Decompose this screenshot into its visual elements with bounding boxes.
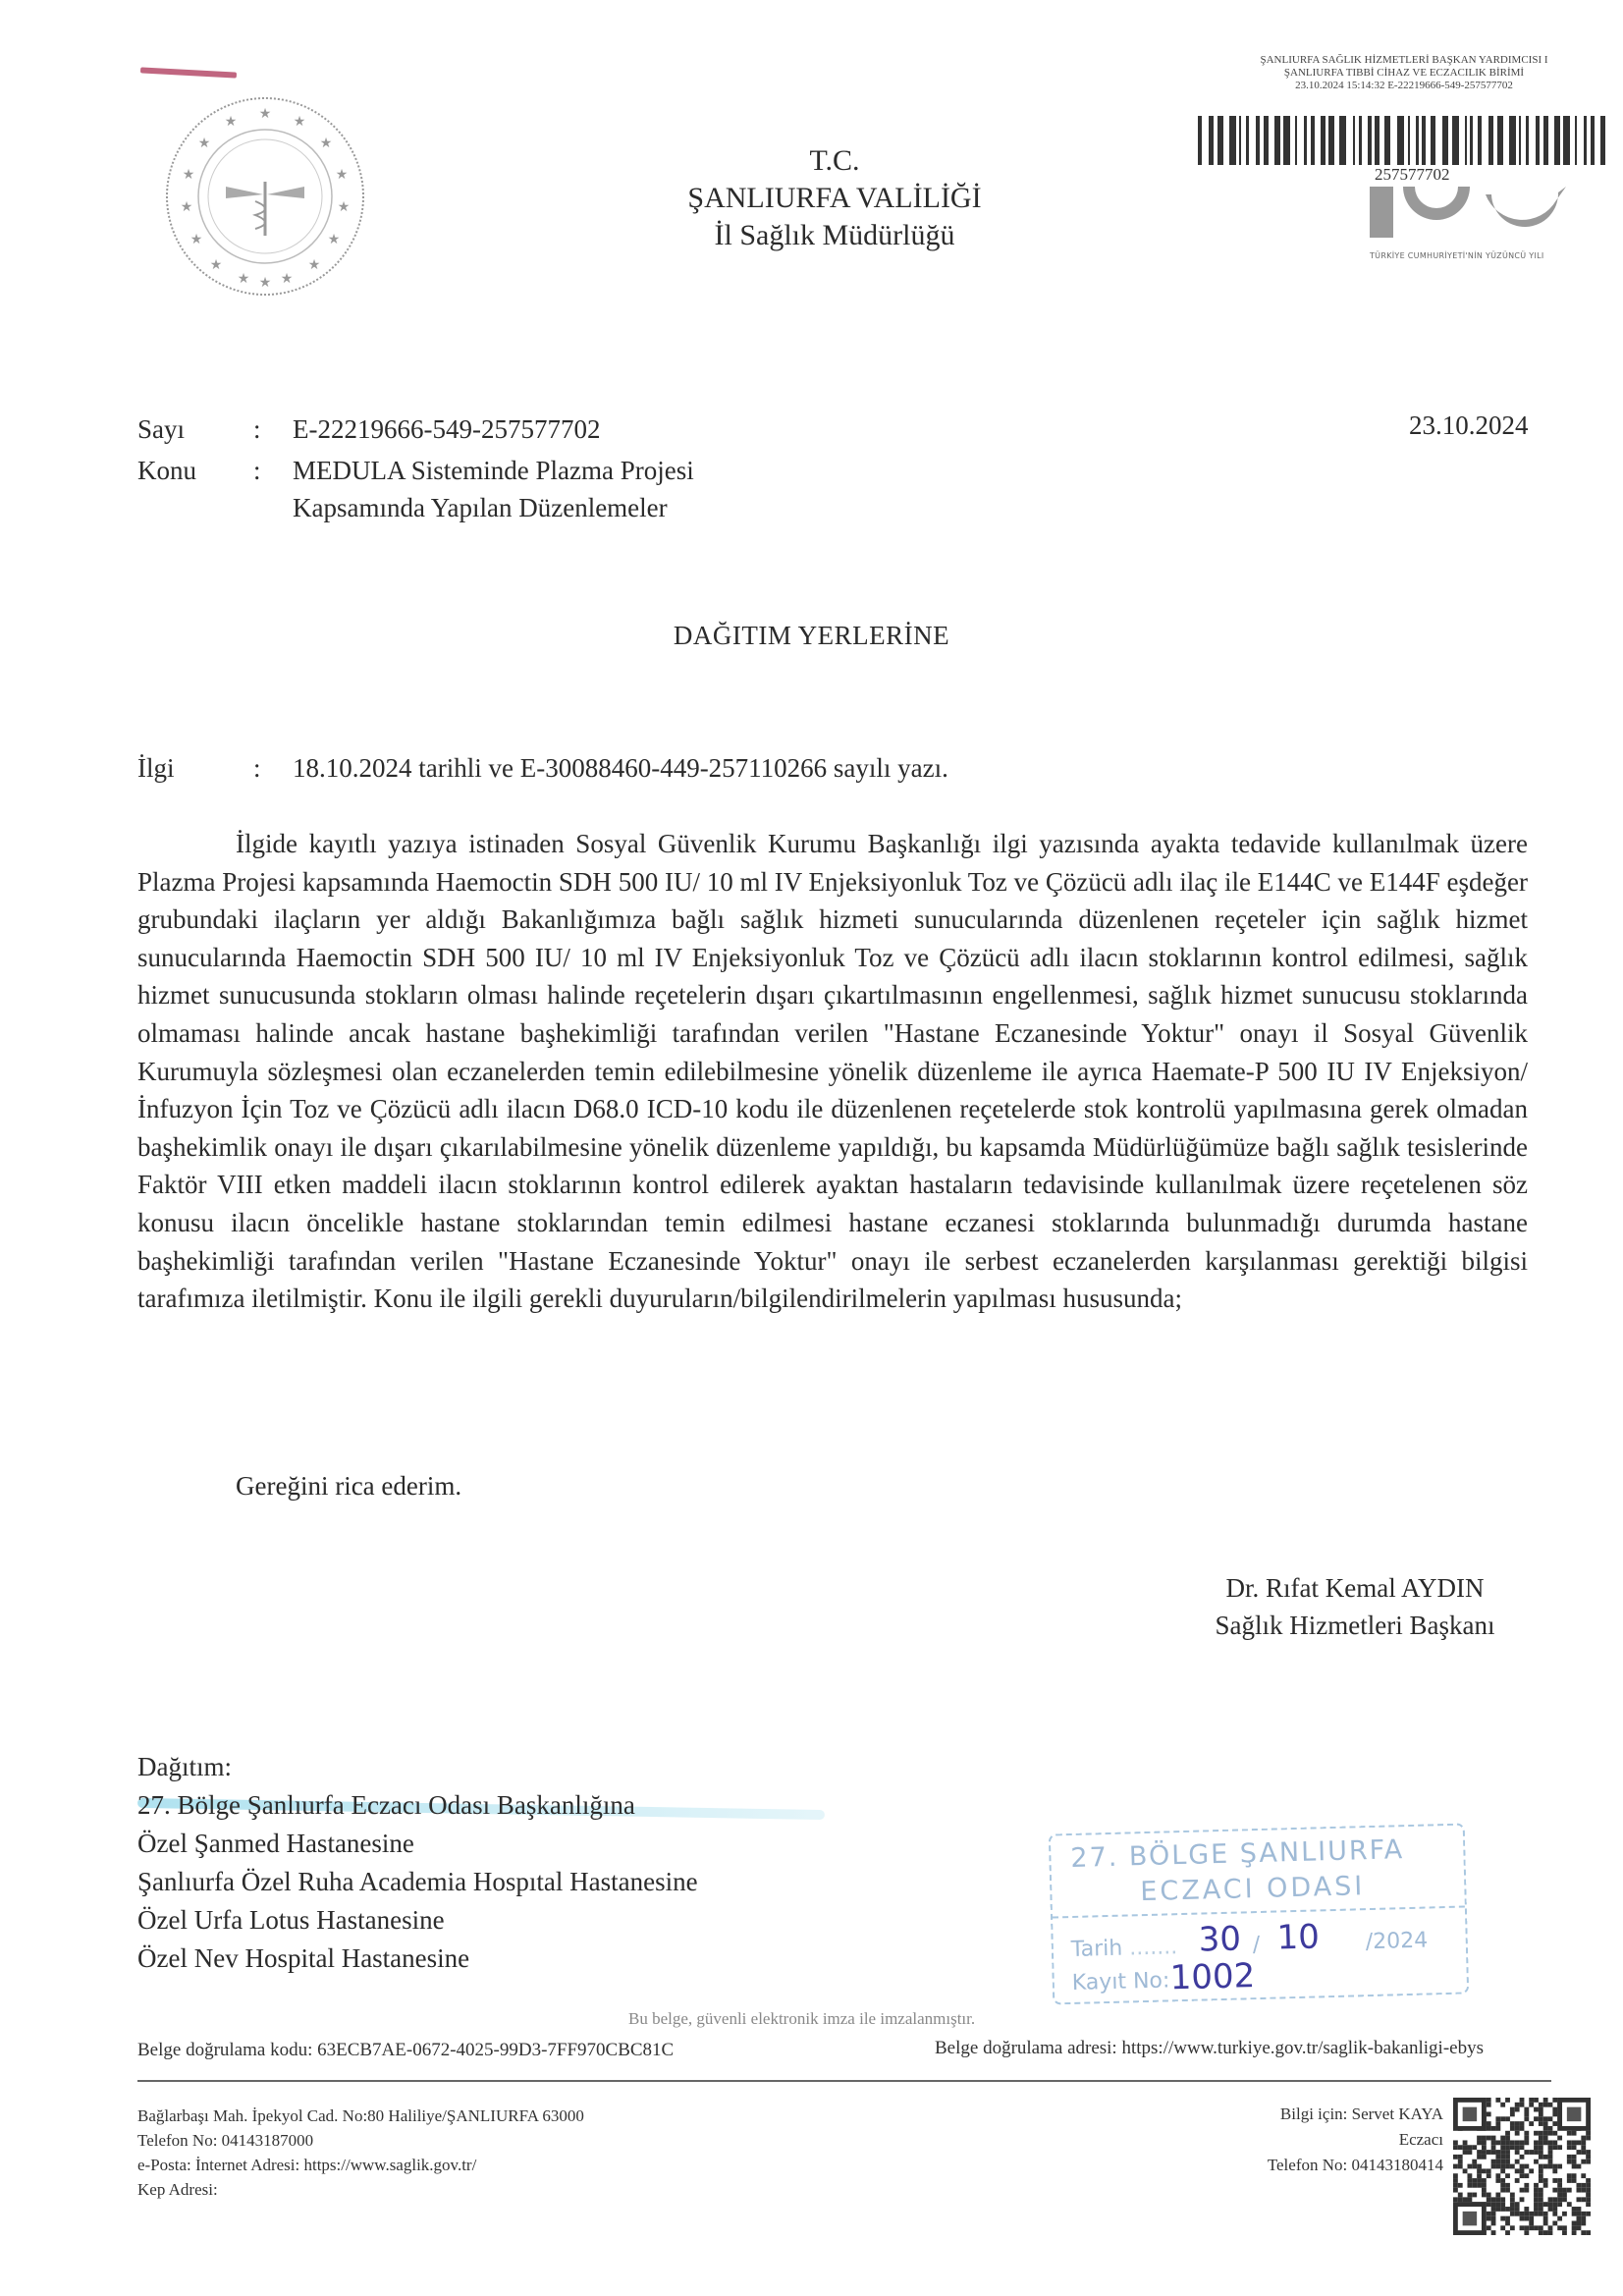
stamp-divider [1053,1906,1465,1919]
contact-role: Eczacı [1129,2127,1443,2153]
footer-divider [137,2080,1551,2082]
received-stamp: 27. BÖLGE ŞANLIURFA ECZACI ODASI Tarih .… [1049,1823,1469,2004]
contact-person: Bilgi için: Servet KAYA [1129,2102,1443,2127]
footer-phone: Telefon No: 04143187000 [137,2128,584,2153]
esign-block: ŞANLIURFA SAĞLIK HİZMETLERİ BAŞKAN YARDI… [1193,54,1615,92]
centenary-logo-icon [1370,187,1596,241]
esign-subunit: ŞANLIURFA TIBBİ CİHAZ VE ECZACILIK BİRİM… [1193,67,1615,80]
svg-text:★: ★ [198,136,211,151]
svg-text:★: ★ [328,232,341,247]
sayi-value: E-22219666-549-257577702 [293,410,600,448]
svg-text:★: ★ [281,271,294,287]
letterhead-governorship: ŞANLIURFA VALİLİĞİ [589,180,1080,217]
stamp-reg-row: Kayıt No: 1002 [1071,1968,1169,1995]
svg-text:★: ★ [259,106,272,122]
ink-mark [140,67,237,78]
distribution-list: Dağıtım: 27. Bölge Şanlıurfa Eczacı Odas… [137,1748,698,1978]
letter-body: İlgide kayıtlı yazıya istinaden Sosyal G… [137,825,1528,1318]
ministry-of-health-emblem-icon: ★★★ ★★★ ★★★ ★★★ ★★★ ★ [157,88,373,304]
ilgi-colon: : [253,749,261,787]
signatory-name: Dr. Rıfat Kemal AYDIN [1178,1569,1532,1607]
stamp-reg-no: 1002 [1169,1956,1256,1997]
stamp-date-month: 10 [1276,1917,1320,1957]
konu-line-1: MEDULA Sisteminde Plazma Projesi [293,452,694,489]
addressee: DAĞITIM YERLERİNE [0,621,1623,651]
svg-text:★: ★ [183,167,195,183]
signatory-title: Sağlık Hizmetleri Başkanı [1178,1607,1532,1644]
letterhead: T.C. ŞANLIURFA VALİLİĞİ İl Sağlık Müdürl… [589,142,1080,254]
svg-text:★: ★ [338,199,351,215]
stamp-reg-label: Kayıt No: [1071,1968,1169,1995]
svg-text:★: ★ [225,114,238,130]
letterhead-tc: T.C. [589,142,1080,180]
svg-text:★: ★ [336,167,349,183]
distribution-item: Özel Nev Hospital Hastanesine [137,1940,698,1978]
svg-text:★: ★ [190,232,203,247]
qr-code [1453,2098,1591,2235]
footer-address: Bağlarbaşı Mah. İpekyol Cad. No:80 Halil… [137,2104,584,2128]
barcode-number: 257577702 [1375,165,1450,185]
svg-text:★: ★ [320,136,333,151]
sayi-label: Sayı [137,410,185,448]
svg-text:★: ★ [181,199,193,215]
svg-text:★: ★ [259,275,272,291]
signature-block: Dr. Rıfat Kemal AYDIN Sağlık Hizmetleri … [1178,1569,1532,1644]
verification-url: Belge doğrulama adresi: https://www.turk… [935,2038,1484,2059]
konu-label: Konu [137,452,196,489]
ilgi-value: 18.10.2024 tarihli ve E-30088460-449-257… [293,749,948,787]
esign-unit: ŞANLIURFA SAĞLIK HİZMETLERİ BAŞKAN YARDI… [1193,54,1615,67]
footer-kep: Kep Adresi: [137,2177,584,2202]
document-date: 23.10.2024 [1409,410,1529,441]
stamp-line-1: 27. BÖLGE ŞANLIURFA [1070,1834,1404,1874]
konu-value: MEDULA Sisteminde Plazma Projesi Kapsamı… [293,452,694,526]
footer-address-block: Bağlarbaşı Mah. İpekyol Cad. No:80 Halil… [137,2104,584,2202]
footer-web: e-Posta: İnternet Adresi: https://www.sa… [137,2153,584,2177]
esign-timestamp: 23.10.2024 15:14:32 E-22219666-549-25757… [1193,80,1615,92]
stamp-date-year: /2024 [1365,1929,1428,1955]
svg-text:★: ★ [294,114,306,130]
distribution-item: Şanlıurfa Özel Ruha Academia Hospıtal Ha… [137,1863,698,1901]
distribution-item: Özel Urfa Lotus Hastanesine [137,1901,698,1940]
svg-text:★: ★ [238,271,250,287]
stamp-line-2: ECZACI ODASI [1140,1871,1366,1907]
stamp-date-label: Tarih [1071,1937,1123,1962]
contact-phone: Telefon No: 04143180414 [1129,2153,1443,2178]
centenary-caption: TÜRKİYE CUMHURİYETİ'NİN YÜZÜNCÜ YILI [1370,251,1544,260]
stamp-date-day: 30 [1198,1919,1241,1959]
distribution-item: Özel Şanmed Hastanesine [137,1825,698,1863]
closing-line: Gereğini rica ederim. [236,1471,461,1502]
footer-contact-block: Bilgi için: Servet KAYA Eczacı Telefon N… [1129,2102,1443,2178]
distribution-heading: Dağıtım: [137,1748,698,1786]
konu-colon: : [253,452,261,489]
sayi-colon: : [253,410,261,448]
svg-text:★: ★ [308,257,321,273]
ilgi-label: İlgi [137,749,175,787]
body-paragraph: İlgide kayıtlı yazıya istinaden Sosyal G… [137,825,1528,1318]
esigned-note: Bu belge, güvenli elektronik imza ile im… [628,2009,975,2029]
barcode [1198,116,1610,165]
svg-text:★: ★ [210,257,223,273]
stamp-date-row: Tarih ....... 30 / 10 /2024 [1071,1935,1178,1962]
distribution-item: 27. Bölge Şanlıurfa Eczacı Odası Başkanl… [137,1786,698,1825]
konu-line-2: Kapsamında Yapılan Düzenlemeler [293,489,694,526]
verification-code: Belge doğrulama kodu: 63ECB7AE-0672-4025… [137,2040,674,2061]
letterhead-directorate: İl Sağlık Müdürlüğü [589,217,1080,254]
